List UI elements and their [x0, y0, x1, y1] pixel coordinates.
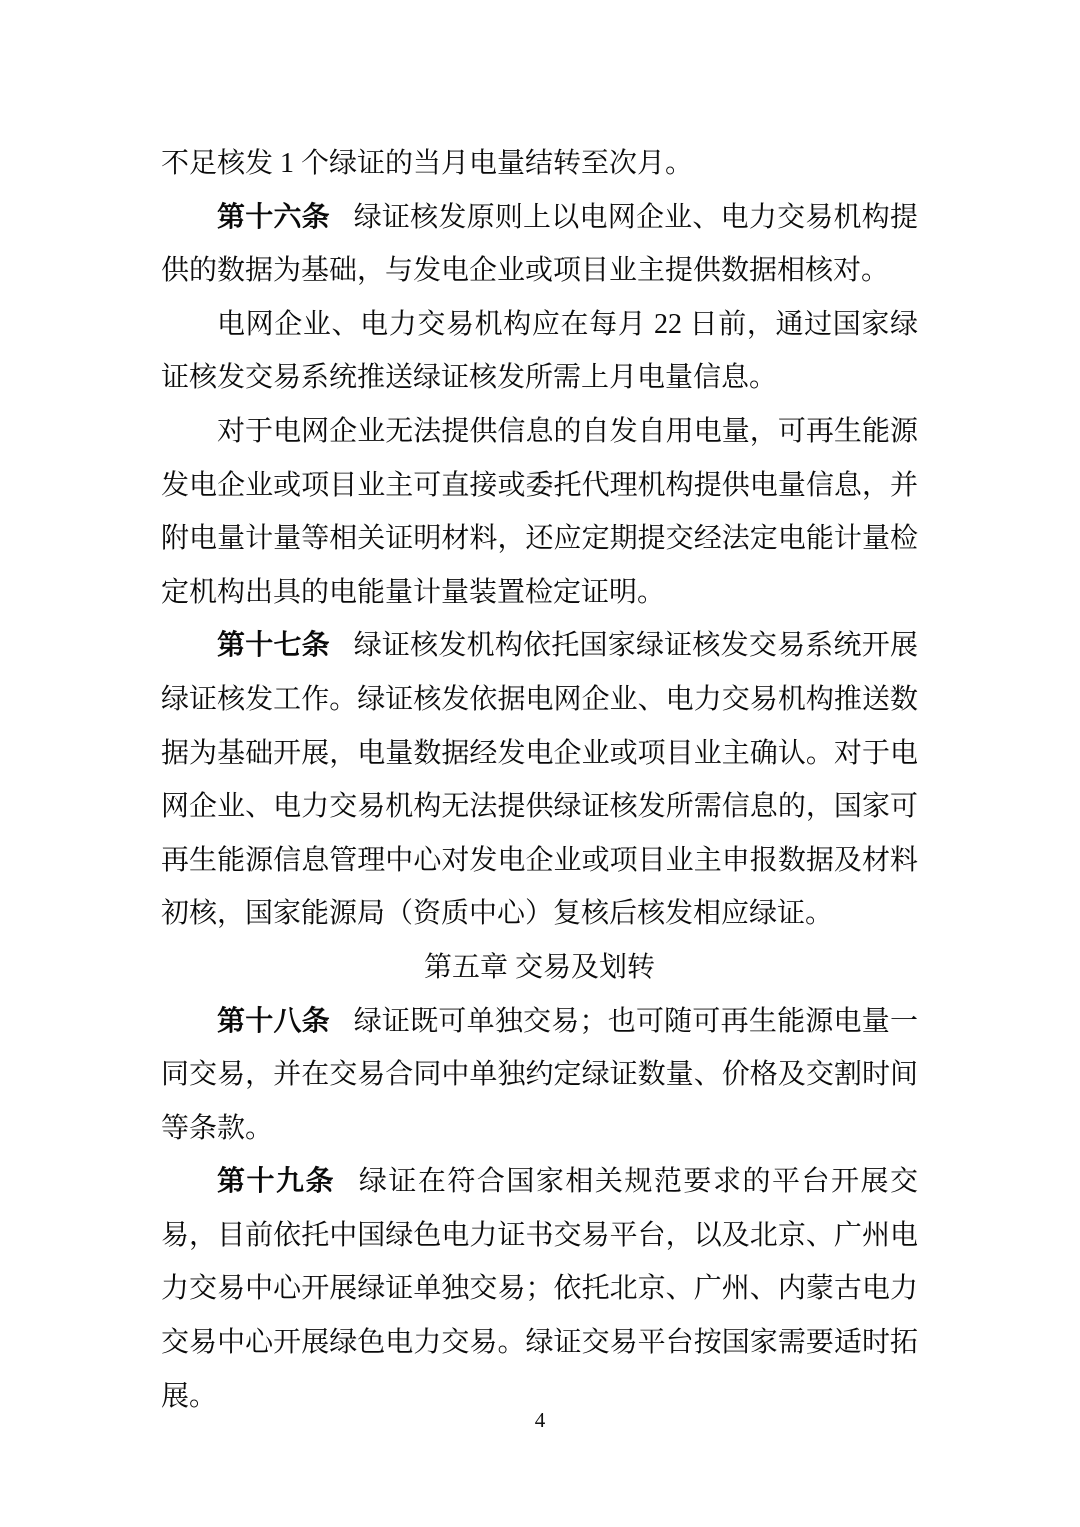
- paragraph-body-2: 对于电网企业无法提供信息的自发自用电量，可再生能源发电企业或项目业主可直接或委托…: [161, 405, 918, 619]
- article-19-text: 绿证在符合国家相关规范要求的平台开展交易，目前依托中国绿色电力证书交易平台，以及…: [161, 1166, 918, 1411]
- article-18-label: 第十八条: [217, 1006, 330, 1037]
- paragraph-article-16: 第十六条绿证核发原则上以电网企业、电力交易机构提供的数据为基础，与发电企业或项目…: [161, 191, 918, 298]
- paragraph-article-17: 第十七条绿证核发机构依托国家绿证核发交易系统开展绿证核发工作。绿证核发依据电网企…: [161, 619, 918, 941]
- paragraph-article-18: 第十八条绿证既可单独交易；也可随可再生能源电量一同交易，并在交易合同中单独约定绿…: [161, 995, 918, 1156]
- article-17-text: 绿证核发机构依托国家绿证核发交易系统开展绿证核发工作。绿证核发依据电网企业、电力…: [161, 630, 918, 929]
- paragraph-continuation: 不足核发 1 个绿证的当月电量结转至次月。: [161, 137, 918, 191]
- page-number: 4: [0, 1406, 1080, 1434]
- paragraph-article-19: 第十九条绿证在符合国家相关规范要求的平台开展交易，目前依托中国绿色电力证书交易平…: [161, 1155, 918, 1423]
- article-16-label: 第十六条: [217, 202, 330, 233]
- chapter-heading: 第五章 交易及划转: [161, 941, 918, 995]
- document-page: 不足核发 1 个绿证的当月电量结转至次月。 第十六条绿证核发原则上以电网企业、电…: [161, 137, 918, 1423]
- article-17-label: 第十七条: [217, 630, 330, 661]
- paragraph-body-1: 电网企业、电力交易机构应在每月 22 日前，通过国家绿证核发交易系统推送绿证核发…: [161, 298, 918, 405]
- article-19-label: 第十九条: [217, 1166, 335, 1197]
